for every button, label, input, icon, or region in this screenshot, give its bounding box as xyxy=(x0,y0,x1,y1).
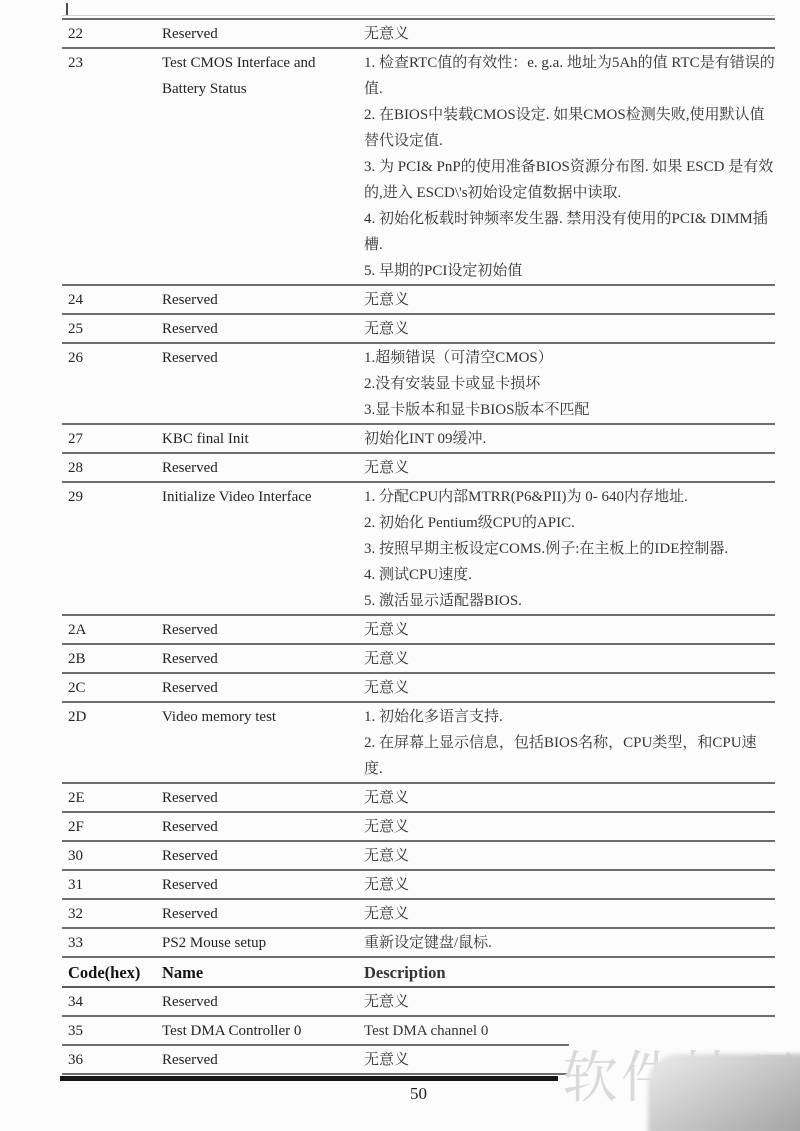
table-row: 34Reserved无意义 xyxy=(62,988,775,1017)
description-cell: 无意义 xyxy=(364,287,775,313)
description-line: 1. 检查RTC值的有效性：e. g.a. 地址为5Ah的值 RTC是有错误的值… xyxy=(364,50,775,102)
description-cell: 无意义 xyxy=(364,21,775,47)
description-line: 2.没有安装显卡或显卡损坏 xyxy=(364,371,775,397)
code-cell: 34 xyxy=(62,989,162,1015)
description-line: 3.显卡版本和显卡BIOS版本不匹配 xyxy=(364,397,775,423)
table-row: 2FReserved无意义 xyxy=(62,813,775,842)
code-cell: 23 xyxy=(62,50,162,76)
table-row: 33PS2 Mouse setup重新设定键盘/鼠标. xyxy=(62,929,775,958)
table-row: 31Reserved无意义 xyxy=(62,871,775,900)
description-line: 无意义 xyxy=(364,316,775,342)
description-line: 2. 在屏幕上显示信息，包括BIOS名称，CPU类型，和CPU速度. xyxy=(364,730,775,782)
description-line: 无意义 xyxy=(364,843,775,869)
description-line: 无意义 xyxy=(364,872,775,898)
description-cell: 无意义 xyxy=(364,843,775,869)
name-cell: Reserved xyxy=(162,617,364,643)
table-row: 32Reserved无意义 xyxy=(62,900,775,929)
description-line: 无意义 xyxy=(364,675,775,701)
margin-tick-mark xyxy=(66,3,68,15)
code-cell: 35 xyxy=(62,1018,162,1044)
table-row: 25Reserved无意义 xyxy=(62,315,775,344)
description-cell: 初始化INT 09缓冲. xyxy=(364,426,775,452)
name-cell: PS2 Mouse setup xyxy=(162,930,364,956)
table-row: 30Reserved无意义 xyxy=(62,842,775,871)
table-row: 26Reserved1.超频错误（可清空CMOS）2.没有安装显卡或显卡损坏3.… xyxy=(62,344,775,425)
code-cell: 26 xyxy=(62,345,162,371)
code-cell: 2B xyxy=(62,646,162,672)
table-row: 27KBC final Init初始化INT 09缓冲. xyxy=(62,425,775,454)
code-cell: 2C xyxy=(62,675,162,701)
page-number: 50 xyxy=(62,1084,775,1104)
name-cell: Test DMA Controller 0 xyxy=(162,1018,364,1044)
description-line: 1. 初始化多语言支持. xyxy=(364,704,775,730)
table-header-row: Code(hex)NameDescription xyxy=(62,958,775,988)
name-cell: Reserved xyxy=(162,843,364,869)
column-header-name: Name xyxy=(162,959,364,986)
description-cell: 1. 初始化多语言支持.2. 在屏幕上显示信息，包括BIOS名称，CPU类型，和… xyxy=(364,704,775,782)
name-cell: Reserved xyxy=(162,785,364,811)
description-cell: 无意义 xyxy=(364,785,775,811)
description-line: 无意义 xyxy=(364,617,775,643)
column-header-code: Code(hex) xyxy=(62,959,162,986)
description-line: 初始化INT 09缓冲. xyxy=(364,426,775,452)
table-row: 2CReserved无意义 xyxy=(62,674,775,703)
description-line: 无意义 xyxy=(364,21,775,47)
code-cell: 25 xyxy=(62,316,162,342)
code-cell: 2D xyxy=(62,704,162,730)
description-line: 2. 在BIOS中装载CMOS设定. 如果CMOS检测失败,使用默认值替代设定值… xyxy=(364,102,775,154)
table-row: 2DVideo memory test1. 初始化多语言支持.2. 在屏幕上显示… xyxy=(62,703,775,784)
name-cell: Reserved xyxy=(162,455,364,481)
description-line: 无意义 xyxy=(364,989,775,1015)
code-cell: 36 xyxy=(62,1047,162,1073)
description-cell: 无意义 xyxy=(364,316,775,342)
description-line: 5. 早期的PCI设定初始值 xyxy=(364,258,775,284)
description-cell: 无意义 xyxy=(364,675,775,701)
table-row: 2BReserved无意义 xyxy=(62,645,775,674)
name-cell: Reserved xyxy=(162,675,364,701)
description-cell: 无意义 xyxy=(364,989,775,1015)
footer-rule xyxy=(60,1076,558,1081)
description-line: 重新设定键盘/鼠标. xyxy=(364,930,775,956)
description-cell: 无意义 xyxy=(364,901,775,927)
description-line: 无意义 xyxy=(364,785,775,811)
name-cell: Reserved xyxy=(162,345,364,371)
code-cell: 27 xyxy=(62,426,162,452)
name-cell: Reserved xyxy=(162,814,364,840)
description-cell: 无意义 xyxy=(364,646,775,672)
description-line: 3. 为 PCI& PnP的使用准备BIOS资源分布图. 如果 ESCD 是有效… xyxy=(364,154,775,206)
table-row: 2AReserved无意义 xyxy=(62,616,775,645)
description-cell: 无意义 xyxy=(364,455,775,481)
description-cell: 无意义 xyxy=(364,872,775,898)
description-line: 1. 分配CPU内部MTRR(P6&PII)为 0- 640内存地址. xyxy=(364,484,775,510)
name-cell: KBC final Init xyxy=(162,426,364,452)
description-line: 4. 初始化板载时钟频率发生器. 禁用没有使用的PCI& DIMM插槽. xyxy=(364,206,775,258)
code-cell: 32 xyxy=(62,901,162,927)
name-cell: Reserved xyxy=(162,646,364,672)
post-code-table: 22Reserved无意义23Test CMOS Interface and B… xyxy=(62,18,775,1075)
table-row: 28Reserved无意义 xyxy=(62,454,775,483)
description-line: 5. 激活显示适配器BIOS. xyxy=(364,588,775,614)
table-row: 2EReserved无意义 xyxy=(62,784,775,813)
description-cell: 重新设定键盘/鼠标. xyxy=(364,930,775,956)
column-header-description: Description xyxy=(364,959,775,986)
description-line: 1.超频错误（可清空CMOS） xyxy=(364,345,775,371)
name-cell: Reserved xyxy=(162,287,364,313)
description-cell: 无意义 xyxy=(364,814,775,840)
description-line: 无意义 xyxy=(364,814,775,840)
code-cell: 29 xyxy=(62,484,162,510)
description-line: 无意义 xyxy=(364,455,775,481)
code-cell: 31 xyxy=(62,872,162,898)
description-line: 2. 初始化 Pentium级CPU的APIC. xyxy=(364,510,775,536)
name-cell: Initialize Video Interface xyxy=(162,484,364,510)
name-cell: Test CMOS Interface and Battery Status xyxy=(162,50,364,102)
description-cell: 1.超频错误（可清空CMOS）2.没有安装显卡或显卡损坏3.显卡版本和显卡BIO… xyxy=(364,345,775,423)
table-row: 29Initialize Video Interface1. 分配CPU内部MT… xyxy=(62,483,775,616)
code-cell: 28 xyxy=(62,455,162,481)
name-cell: Reserved xyxy=(162,989,364,1015)
code-cell: 2A xyxy=(62,617,162,643)
description-line: 3. 按照早期主板设定COMS.例子:在主板上的IDE控制器. xyxy=(364,536,775,562)
code-cell: 22 xyxy=(62,21,162,47)
name-cell: Reserved xyxy=(162,901,364,927)
name-cell: Video memory test xyxy=(162,704,364,730)
description-cell: 无意义 xyxy=(364,617,775,643)
description-line: 无意义 xyxy=(364,646,775,672)
code-cell: 24 xyxy=(62,287,162,313)
description-cell: 1. 检查RTC值的有效性：e. g.a. 地址为5Ah的值 RTC是有错误的值… xyxy=(364,50,775,284)
table-row: 24Reserved无意义 xyxy=(62,286,775,315)
document-page: 22Reserved无意义23Test CMOS Interface and B… xyxy=(0,0,800,1131)
table-row: 22Reserved无意义 xyxy=(62,20,775,49)
description-line: 无意义 xyxy=(364,287,775,313)
name-cell: Reserved xyxy=(162,872,364,898)
code-cell: 2E xyxy=(62,785,162,811)
table-row: 23Test CMOS Interface and Battery Status… xyxy=(62,49,775,286)
description-cell: 1. 分配CPU内部MTRR(P6&PII)为 0- 640内存地址.2. 初始… xyxy=(364,484,775,614)
description-line: 无意义 xyxy=(364,901,775,927)
name-cell: Reserved xyxy=(162,1047,364,1073)
code-cell: 33 xyxy=(62,930,162,956)
name-cell: Reserved xyxy=(162,21,364,47)
code-cell: 2F xyxy=(62,814,162,840)
code-cell: 30 xyxy=(62,843,162,869)
description-line: 4. 测试CPU速度. xyxy=(364,562,775,588)
name-cell: Reserved xyxy=(162,316,364,342)
